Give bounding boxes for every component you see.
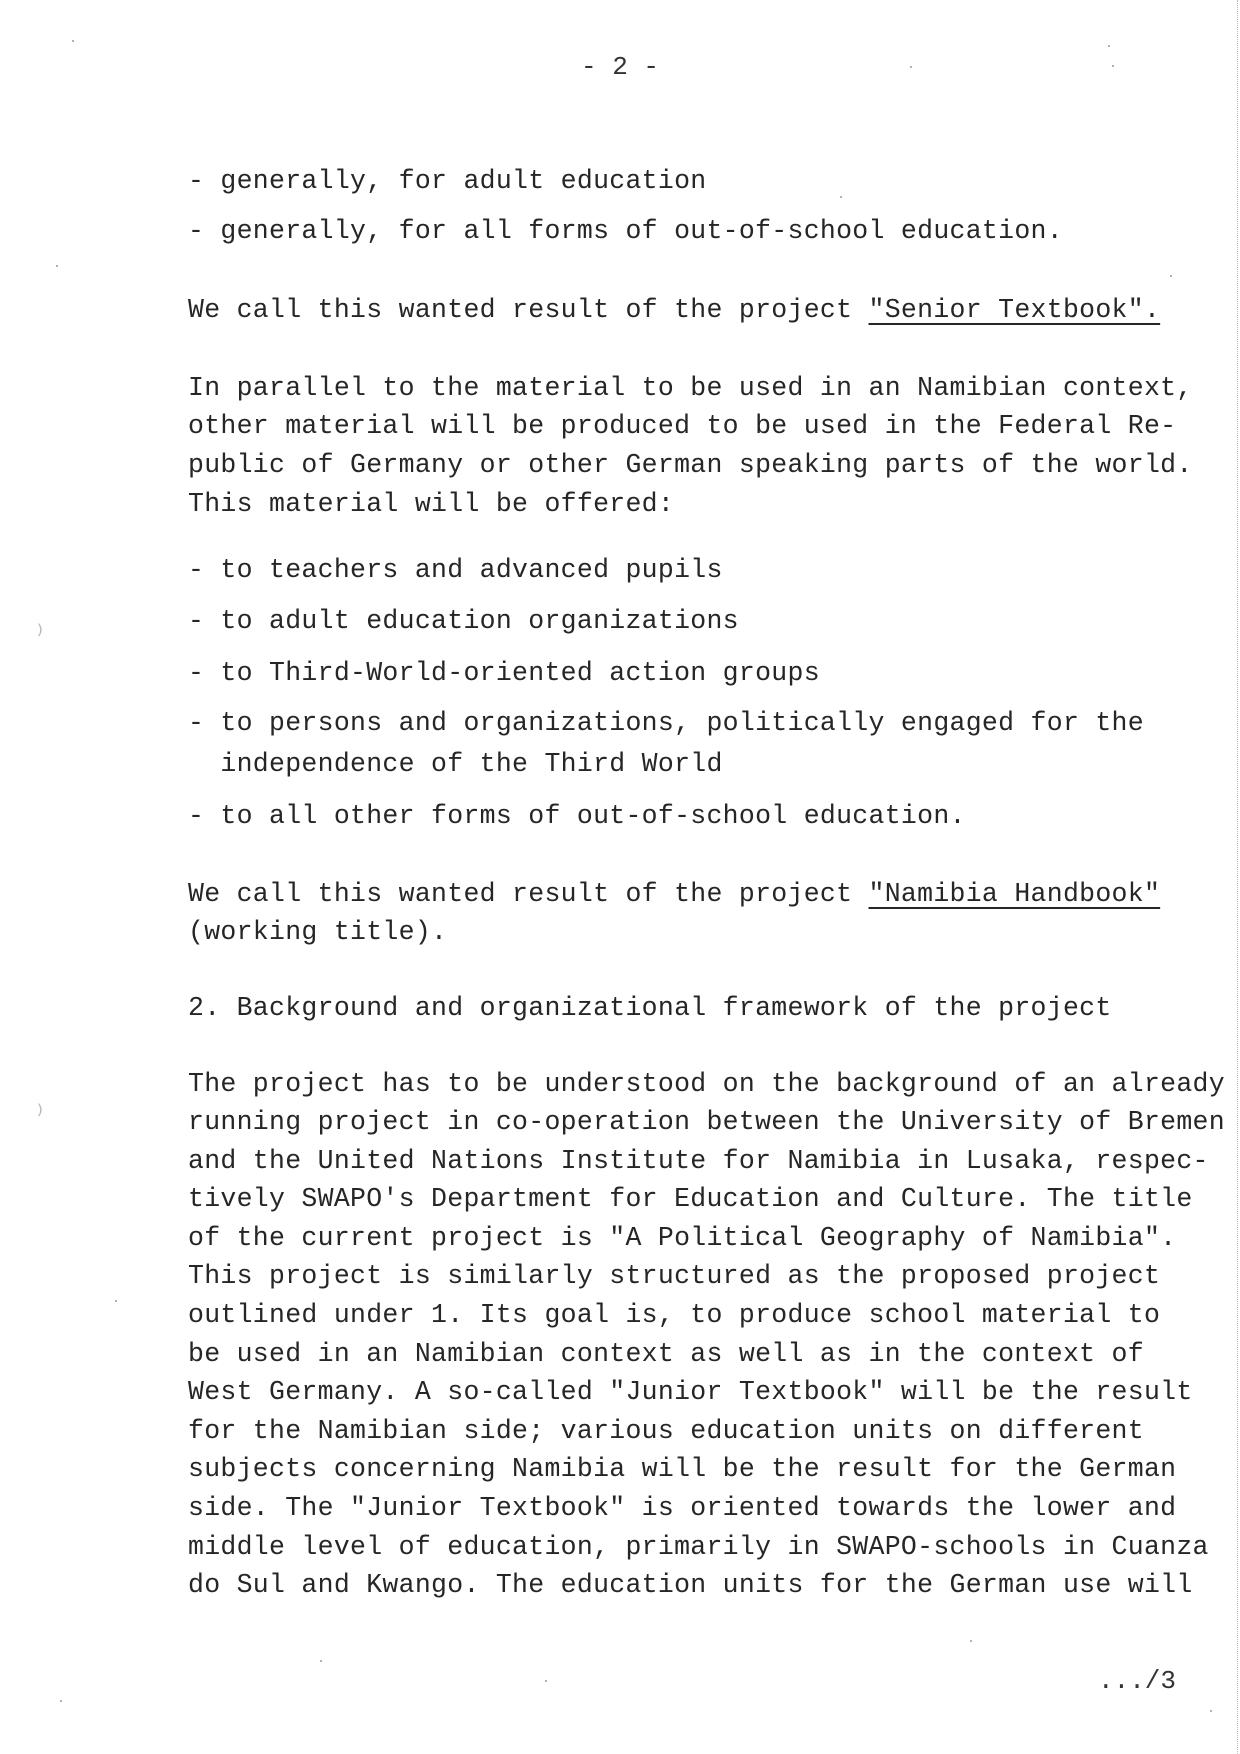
scan-speck (1210, 1710, 1212, 1712)
paragraph-line: do Sul and Kwango. The education units f… (188, 1570, 1193, 1600)
intro-bullet: - generally, for adult education (188, 166, 706, 196)
section-heading: 2. Background and organizational framewo… (188, 993, 1112, 1023)
senior-textbook-sentence: We call this wanted result of the projec… (188, 295, 1160, 325)
audience-list-item: - to adult education organizations (188, 606, 739, 636)
scan-edge-line (1237, 0, 1238, 1754)
paragraph-line: The project has to be understood on the … (188, 1069, 1225, 1099)
sentence-prefix: We call this wanted result of the projec… (188, 295, 869, 325)
intro-bullet: - generally, for all forms of out-of-sch… (188, 216, 1063, 246)
handbook-continuation: (working title). (188, 917, 447, 947)
audience-list-item-continuation: independence of the Third World (188, 749, 723, 779)
audience-list-item: - to teachers and advanced pupils (188, 555, 723, 585)
namibia-handbook-sentence: We call this wanted result of the projec… (188, 879, 1160, 909)
scan-speck (72, 40, 74, 42)
scan-speck (910, 66, 912, 68)
paragraph-line: be used in an Namibian context as well a… (188, 1339, 1144, 1369)
punch-hole-mark: ⁾ (32, 620, 48, 651)
paragraph-line: side. The "Junior Textbook" is oriented … (188, 1493, 1176, 1523)
scan-speck (545, 1680, 547, 1682)
paragraph-line: other material will be produced to be us… (188, 411, 1176, 441)
paragraph-line: public of Germany or other German speaki… (188, 450, 1193, 480)
paragraph-line: outlined under 1. Its goal is, to produc… (188, 1300, 1160, 1330)
paragraph-line: subjects concerning Namibia will be the … (188, 1454, 1176, 1484)
paragraph-line: This project is similarly structured as … (188, 1261, 1160, 1291)
paragraph-line: running project in co-operation between … (188, 1107, 1225, 1137)
paragraph-line: This material will be offered: (188, 489, 674, 519)
punch-hole-mark: ⁾ (32, 1100, 48, 1131)
scan-speck (1112, 65, 1114, 67)
audience-list-item: - to Third-World-oriented action groups (188, 658, 820, 688)
audience-list-item: - to all other forms of out-of-school ed… (188, 801, 966, 831)
sentence-prefix: We call this wanted result of the projec… (188, 879, 869, 909)
scan-speck (1108, 45, 1110, 47)
audience-list-item: - to persons and organizations, politica… (188, 708, 1144, 738)
page-number: - 2 - (0, 52, 1240, 82)
paragraph-line: and the United Nations Institute for Nam… (188, 1146, 1209, 1176)
scan-speck (970, 1640, 972, 1642)
scan-speck (1170, 275, 1172, 277)
paragraph-line: of the current project is "A Political G… (188, 1223, 1176, 1253)
namibia-handbook-title: "Namibia Handbook" (869, 879, 1161, 909)
paragraph-line: middle level of education, primarily in … (188, 1532, 1209, 1562)
paragraph-line: In parallel to the material to be used i… (188, 373, 1193, 403)
scan-speck (60, 1700, 62, 1702)
scan-speck (320, 1660, 322, 1662)
senior-textbook-title: "Senior Textbook". (869, 295, 1161, 325)
scan-speck (56, 265, 58, 267)
scan-speck (840, 196, 842, 198)
continuation-marker: .../3 (1098, 1666, 1176, 1696)
scan-speck (115, 1300, 117, 1302)
paragraph-line: for the Namibian side; various education… (188, 1416, 1144, 1446)
paragraph-line: West Germany. A so-called "Junior Textbo… (188, 1377, 1193, 1407)
paragraph-line: tively SWAPO's Department for Education … (188, 1184, 1193, 1214)
document-page: - 2 - - generally, for adult education -… (0, 0, 1240, 1754)
